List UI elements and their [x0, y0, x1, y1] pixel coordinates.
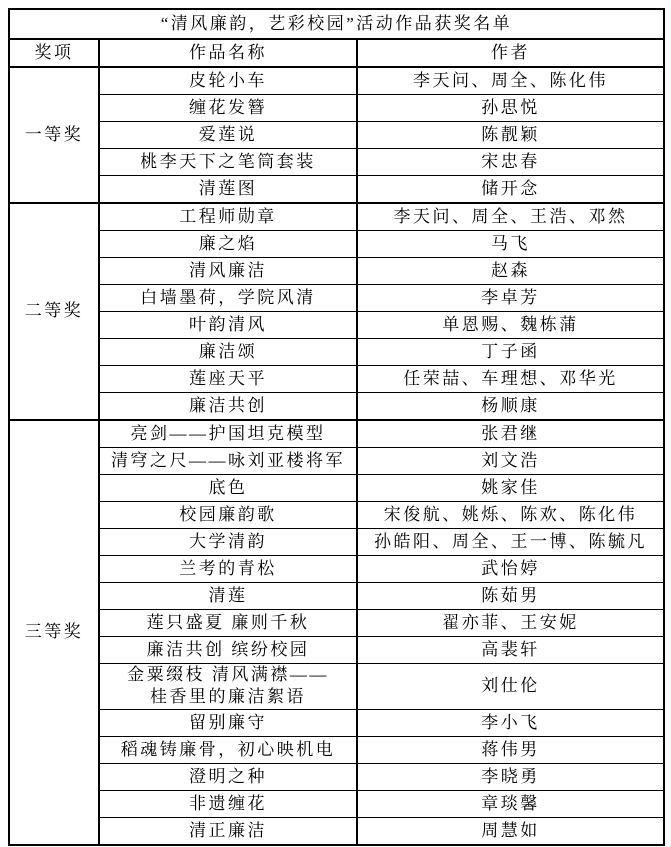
author-cell: 李天问、周全、陈化伟: [357, 67, 664, 95]
work-name-cell: 金粟缀枝 清风满襟—— 桂香里的廉洁絮语: [99, 664, 357, 710]
work-name-cell: 清正廉洁: [99, 817, 357, 845]
table-row: 留别廉守李小飞: [9, 709, 664, 736]
author-cell: 章琰馨: [357, 790, 664, 817]
table-row: 廉洁共创杨顺康: [9, 393, 664, 421]
work-name-cell: 莲只盛夏 廉则千秋: [99, 610, 357, 637]
table-row: 桃李天下之笔筒套装宋忠春: [9, 149, 664, 176]
work-name-cell: 清风廉洁: [99, 258, 357, 285]
table-title: “清风廉韵，艺彩校园”活动作品获奖名单: [9, 9, 664, 39]
table-row: 校园廉韵歌宋俊航、姚烁、陈欢、陈化伟: [9, 502, 664, 529]
table-row: 清莲陈茹男: [9, 583, 664, 610]
author-cell: 丁子函: [357, 339, 664, 366]
award-group-cell: 三等奖: [9, 420, 99, 845]
author-cell: 翟亦菲、王安妮: [357, 610, 664, 637]
author-cell: 陈茹男: [357, 583, 664, 610]
table-row: 廉洁共创 缤纷校园高裴轩: [9, 637, 664, 664]
table-row: 稻魂铸廉骨，初心映机电蒋伟男: [9, 736, 664, 763]
work-name-cell: 亮剑——护国坦克模型: [99, 420, 357, 448]
table-row: 廉洁颂丁子函: [9, 339, 664, 366]
table-row: 底色姚家佳: [9, 475, 664, 502]
author-cell: 李卓芳: [357, 285, 664, 312]
work-name-cell: 工程师勋章: [99, 203, 357, 231]
work-name-cell: 兰考的青松: [99, 556, 357, 583]
table-row: 一等奖皮轮小车李天问、周全、陈化伟: [9, 67, 664, 95]
table-row: 大学清韵孙皓阳、周全、王一博、陈毓凡: [9, 529, 664, 556]
work-name-cell: 白墙墨荷，学院风清: [99, 285, 357, 312]
table-row: 清穹之尺——咏刘亚楼将军刘文浩: [9, 448, 664, 475]
author-cell: 刘文浩: [357, 448, 664, 475]
table-row: 兰考的青松武怡婷: [9, 556, 664, 583]
author-cell: 武怡婷: [357, 556, 664, 583]
author-cell: 孙皓阳、周全、王一博、陈毓凡: [357, 529, 664, 556]
table-row: 爱莲说陈靓颖: [9, 122, 664, 149]
table-row: 二等奖工程师勋章李天问、周全、王浩、邓然: [9, 203, 664, 231]
table-row: 莲只盛夏 廉则千秋翟亦菲、王安妮: [9, 610, 664, 637]
author-cell: 宋忠春: [357, 149, 664, 176]
work-name-cell: 缠花发簪: [99, 95, 357, 122]
award-table: “清风廉韵，艺彩校园”活动作品获奖名单 奖项 作品名称 作者 一等奖皮轮小车李天…: [8, 8, 665, 846]
work-name-cell: 廉洁共创 缤纷校园: [99, 637, 357, 664]
table-row: 廉之焰马飞: [9, 231, 664, 258]
work-name-cell: 留别廉守: [99, 709, 357, 736]
table-row: 非遗缠花章琰馨: [9, 790, 664, 817]
work-name-cell: 皮轮小车: [99, 67, 357, 95]
author-cell: 宋俊航、姚烁、陈欢、陈化伟: [357, 502, 664, 529]
header-row: 奖项 作品名称 作者: [9, 39, 664, 67]
table-row: 叶韵清风单恩赐、魏栋蒲: [9, 312, 664, 339]
author-cell: 孙思悦: [357, 95, 664, 122]
column-header-work: 作品名称: [99, 39, 357, 67]
author-cell: 陈靓颖: [357, 122, 664, 149]
author-cell: 李小飞: [357, 709, 664, 736]
author-cell: 高裴轩: [357, 637, 664, 664]
column-header-award: 奖项: [9, 39, 99, 67]
table-row: 三等奖亮剑——护国坦克模型张君继: [9, 420, 664, 448]
award-table-body: 一等奖皮轮小车李天问、周全、陈化伟缠花发簪孙思悦爱莲说陈靓颖桃李天下之笔筒套装宋…: [9, 67, 664, 845]
work-name-cell: 莲座天平: [99, 366, 357, 393]
author-cell: 张君继: [357, 420, 664, 448]
author-cell: 刘仕伦: [357, 664, 664, 710]
table-row: 白墙墨荷，学院风清李卓芳: [9, 285, 664, 312]
work-name-cell: 桃李天下之笔筒套装: [99, 149, 357, 176]
author-cell: 储开念: [357, 176, 664, 204]
work-name-cell: 廉洁颂: [99, 339, 357, 366]
author-cell: 单恩赐、魏栋蒲: [357, 312, 664, 339]
table-row: 澄明之种李晓勇: [9, 763, 664, 790]
author-cell: 赵森: [357, 258, 664, 285]
work-name-cell: 廉洁共创: [99, 393, 357, 421]
author-cell: 周慧如: [357, 817, 664, 845]
document-page: “清风廉韵，艺彩校园”活动作品获奖名单 奖项 作品名称 作者 一等奖皮轮小车李天…: [0, 0, 671, 847]
work-name-cell: 校园廉韵歌: [99, 502, 357, 529]
table-row: 金粟缀枝 清风满襟—— 桂香里的廉洁絮语刘仕伦: [9, 664, 664, 710]
award-group-cell: 二等奖: [9, 203, 99, 420]
author-cell: 姚家佳: [357, 475, 664, 502]
work-name-cell: 清莲图: [99, 176, 357, 204]
work-name-cell: 澄明之种: [99, 763, 357, 790]
work-name-cell: 非遗缠花: [99, 790, 357, 817]
author-cell: 任荣喆、车理想、邓华光: [357, 366, 664, 393]
work-name-cell: 廉之焰: [99, 231, 357, 258]
work-name-cell: 清穹之尺——咏刘亚楼将军: [99, 448, 357, 475]
table-row: 莲座天平任荣喆、车理想、邓华光: [9, 366, 664, 393]
work-name-cell: 大学清韵: [99, 529, 357, 556]
work-name-cell: 稻魂铸廉骨，初心映机电: [99, 736, 357, 763]
award-group-cell: 一等奖: [9, 67, 99, 203]
author-cell: 杨顺康: [357, 393, 664, 421]
table-row: 清风廉洁赵森: [9, 258, 664, 285]
work-name-cell: 叶韵清风: [99, 312, 357, 339]
author-cell: 蒋伟男: [357, 736, 664, 763]
table-row: 清正廉洁周慧如: [9, 817, 664, 845]
work-name-cell: 底色: [99, 475, 357, 502]
table-row: 清莲图储开念: [9, 176, 664, 204]
work-name-cell: 爱莲说: [99, 122, 357, 149]
table-row: 缠花发簪孙思悦: [9, 95, 664, 122]
author-cell: 马飞: [357, 231, 664, 258]
column-header-author: 作者: [357, 39, 664, 67]
author-cell: 李晓勇: [357, 763, 664, 790]
title-row: “清风廉韵，艺彩校园”活动作品获奖名单: [9, 9, 664, 39]
author-cell: 李天问、周全、王浩、邓然: [357, 203, 664, 231]
work-name-cell: 清莲: [99, 583, 357, 610]
